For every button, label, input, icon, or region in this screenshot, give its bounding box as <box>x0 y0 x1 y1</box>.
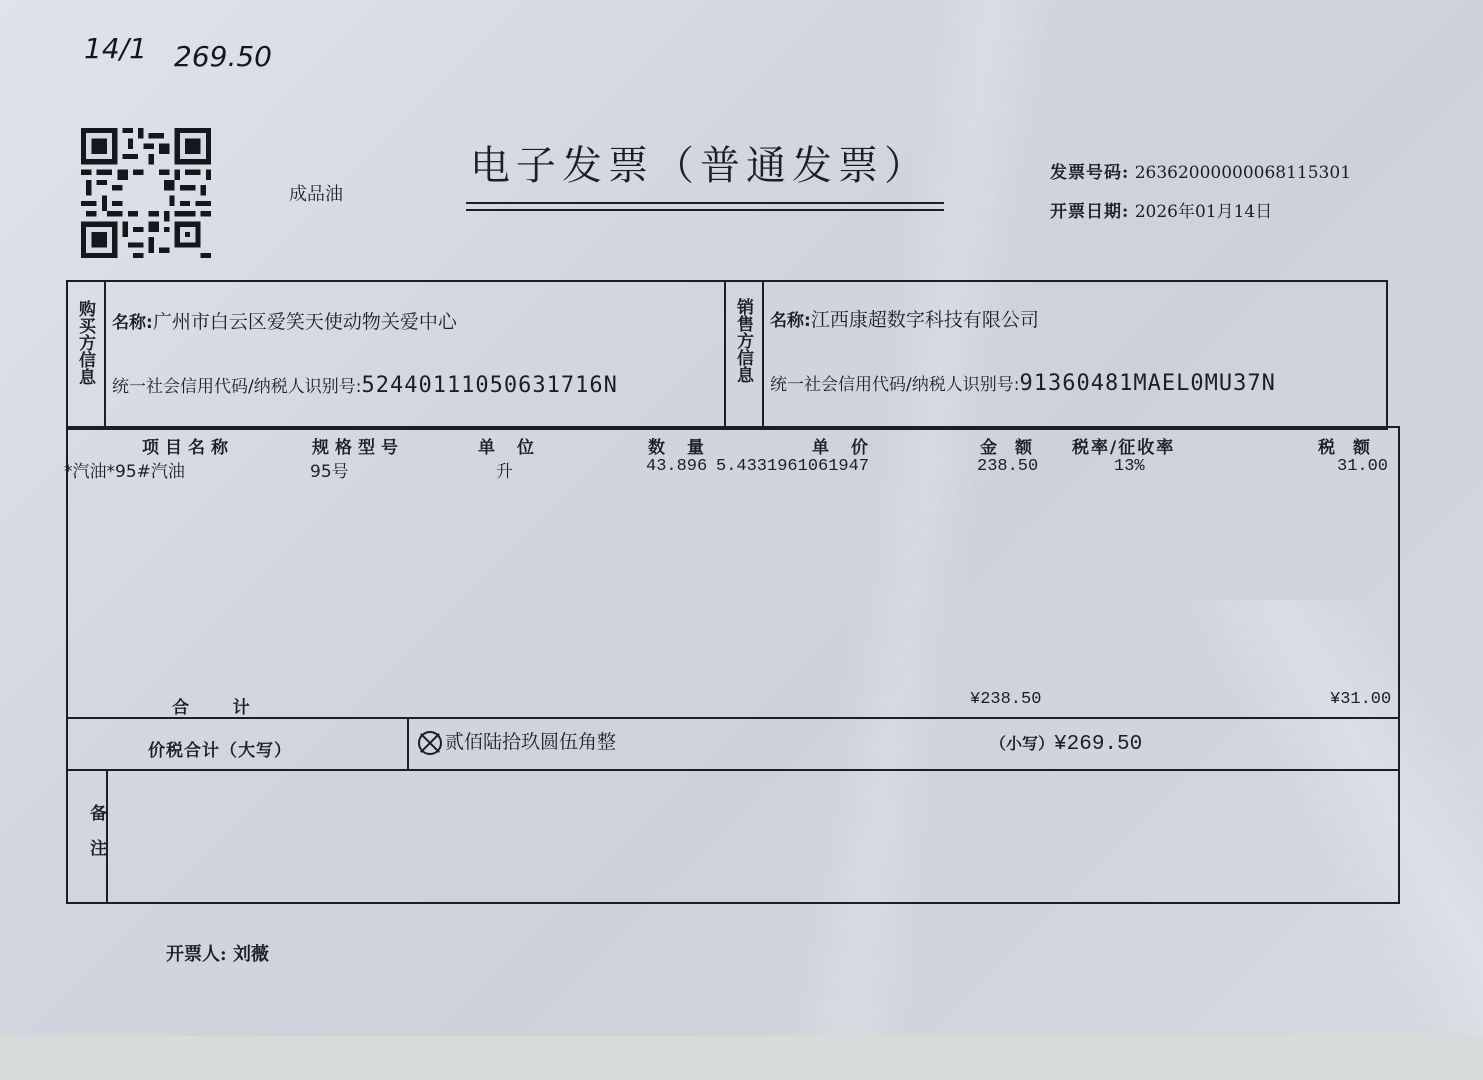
remarks-label-text: 备注 <box>77 804 115 874</box>
seller-tax-id-label: 统一社会信用代码/纳税人识别号: <box>770 375 1019 395</box>
buyer-name-label: 名称: <box>112 313 153 333</box>
qr-code-icon <box>80 128 212 258</box>
total-amount: ¥238.50 <box>970 690 1041 709</box>
col-header-unit: 单位 <box>478 433 556 458</box>
divider <box>762 280 764 428</box>
invoice-number: 26362000000068115301 <box>1135 163 1351 183</box>
divider <box>407 717 409 771</box>
grand-total-small-row: （小写）¥269.50 <box>990 731 1142 756</box>
seller-name-row: 名称:江西康超数字科技有限公司 <box>770 305 1039 332</box>
handwritten-fraction: 14/1 <box>84 32 147 65</box>
col-header-amount: 金额 <box>980 433 1050 458</box>
items-box <box>66 426 1400 904</box>
seller-name-label: 名称: <box>770 311 811 331</box>
buyer-tax-id-label: 统一社会信用代码/纳税人识别号: <box>112 377 361 397</box>
buyer-tax-id: 52440111050631716N <box>361 373 617 398</box>
col-header-spec: 规格型号 <box>312 433 404 458</box>
grand-total-words: 贰佰陆拾玖圆伍角整 <box>445 731 616 753</box>
seller-tax-id-row: 统一社会信用代码/纳税人识别号:91360481MAEL0MU37N <box>770 370 1276 396</box>
invoice-category: 成品油 <box>289 180 343 206</box>
col-header-unit-price: 单价 <box>812 433 890 458</box>
remarks-label: 备注 <box>77 804 99 888</box>
seller-name: 江西康超数字科技有限公司 <box>811 309 1039 331</box>
title-underline <box>466 209 944 211</box>
item-tax-rate: 13% <box>1114 457 1145 476</box>
circled-x-icon <box>418 731 442 755</box>
item-unit-price: 5.4331961061947 <box>716 457 869 476</box>
party-info-box <box>66 280 1388 430</box>
seller-section-label: 销售方信息 <box>732 298 754 389</box>
issue-date-row: 开票日期: 2026年01月14日 <box>1050 197 1272 222</box>
divider <box>104 280 106 428</box>
item-spec: 95号 <box>310 457 349 482</box>
invoice-number-label: 发票号码: <box>1050 163 1129 183</box>
grand-total-amount: ¥269.50 <box>1054 733 1142 756</box>
title-underline <box>466 202 944 204</box>
issue-date: 2026年01月14日 <box>1135 202 1273 222</box>
total-tax: ¥31.00 <box>1330 690 1391 709</box>
item-tax: 31.00 <box>1337 457 1388 476</box>
item-amount: 238.50 <box>977 457 1038 476</box>
buyer-name-row: 名称:广州市白云区爱笑天使动物关爱中心 <box>112 307 457 334</box>
buyer-name: 广州市白云区爱笑天使动物关爱中心 <box>153 311 457 333</box>
grand-total-small-label: （小写） <box>990 734 1054 753</box>
buyer-tax-id-row: 统一社会信用代码/纳税人识别号:52440111050631716N <box>112 372 618 398</box>
buyer-section-label: 购买方信息 <box>74 300 96 391</box>
handwritten-amount: 269.50 <box>174 40 272 73</box>
divider <box>724 280 726 428</box>
divider <box>66 717 1400 719</box>
col-header-tax-rate: 税率/征收率 <box>1072 433 1175 458</box>
issuer-label: 开票人: <box>166 944 227 965</box>
grand-total-label: 价税合计（大写） <box>148 736 292 761</box>
grand-total-words-row: 贰佰陆拾玖圆伍角整 <box>418 727 616 755</box>
issue-date-label: 开票日期: <box>1050 202 1129 222</box>
seller-tax-id: 91360481MAEL0MU37N <box>1019 371 1275 396</box>
invoice-title: 电子发票（普通发票） <box>470 134 930 191</box>
col-header-quantity: 数量 <box>648 433 726 458</box>
col-header-tax: 税额 <box>1318 433 1388 458</box>
item-unit: 升 <box>496 457 513 482</box>
issuer-row: 开票人: 刘薇 <box>166 940 269 966</box>
total-label: 合 计 <box>172 693 254 718</box>
col-header-name: 项目名称 <box>142 433 234 458</box>
divider <box>66 769 1400 771</box>
buyer-section-label-text: 购买方信息 <box>74 300 96 385</box>
seller-section-label-text: 销售方信息 <box>732 298 754 383</box>
invoice-number-row: 发票号码: 26362000000068115301 <box>1050 158 1351 183</box>
issuer-name: 刘薇 <box>233 944 269 965</box>
item-quantity: 43.896 <box>646 457 707 476</box>
item-name: *汽油*95#汽油 <box>64 457 185 482</box>
